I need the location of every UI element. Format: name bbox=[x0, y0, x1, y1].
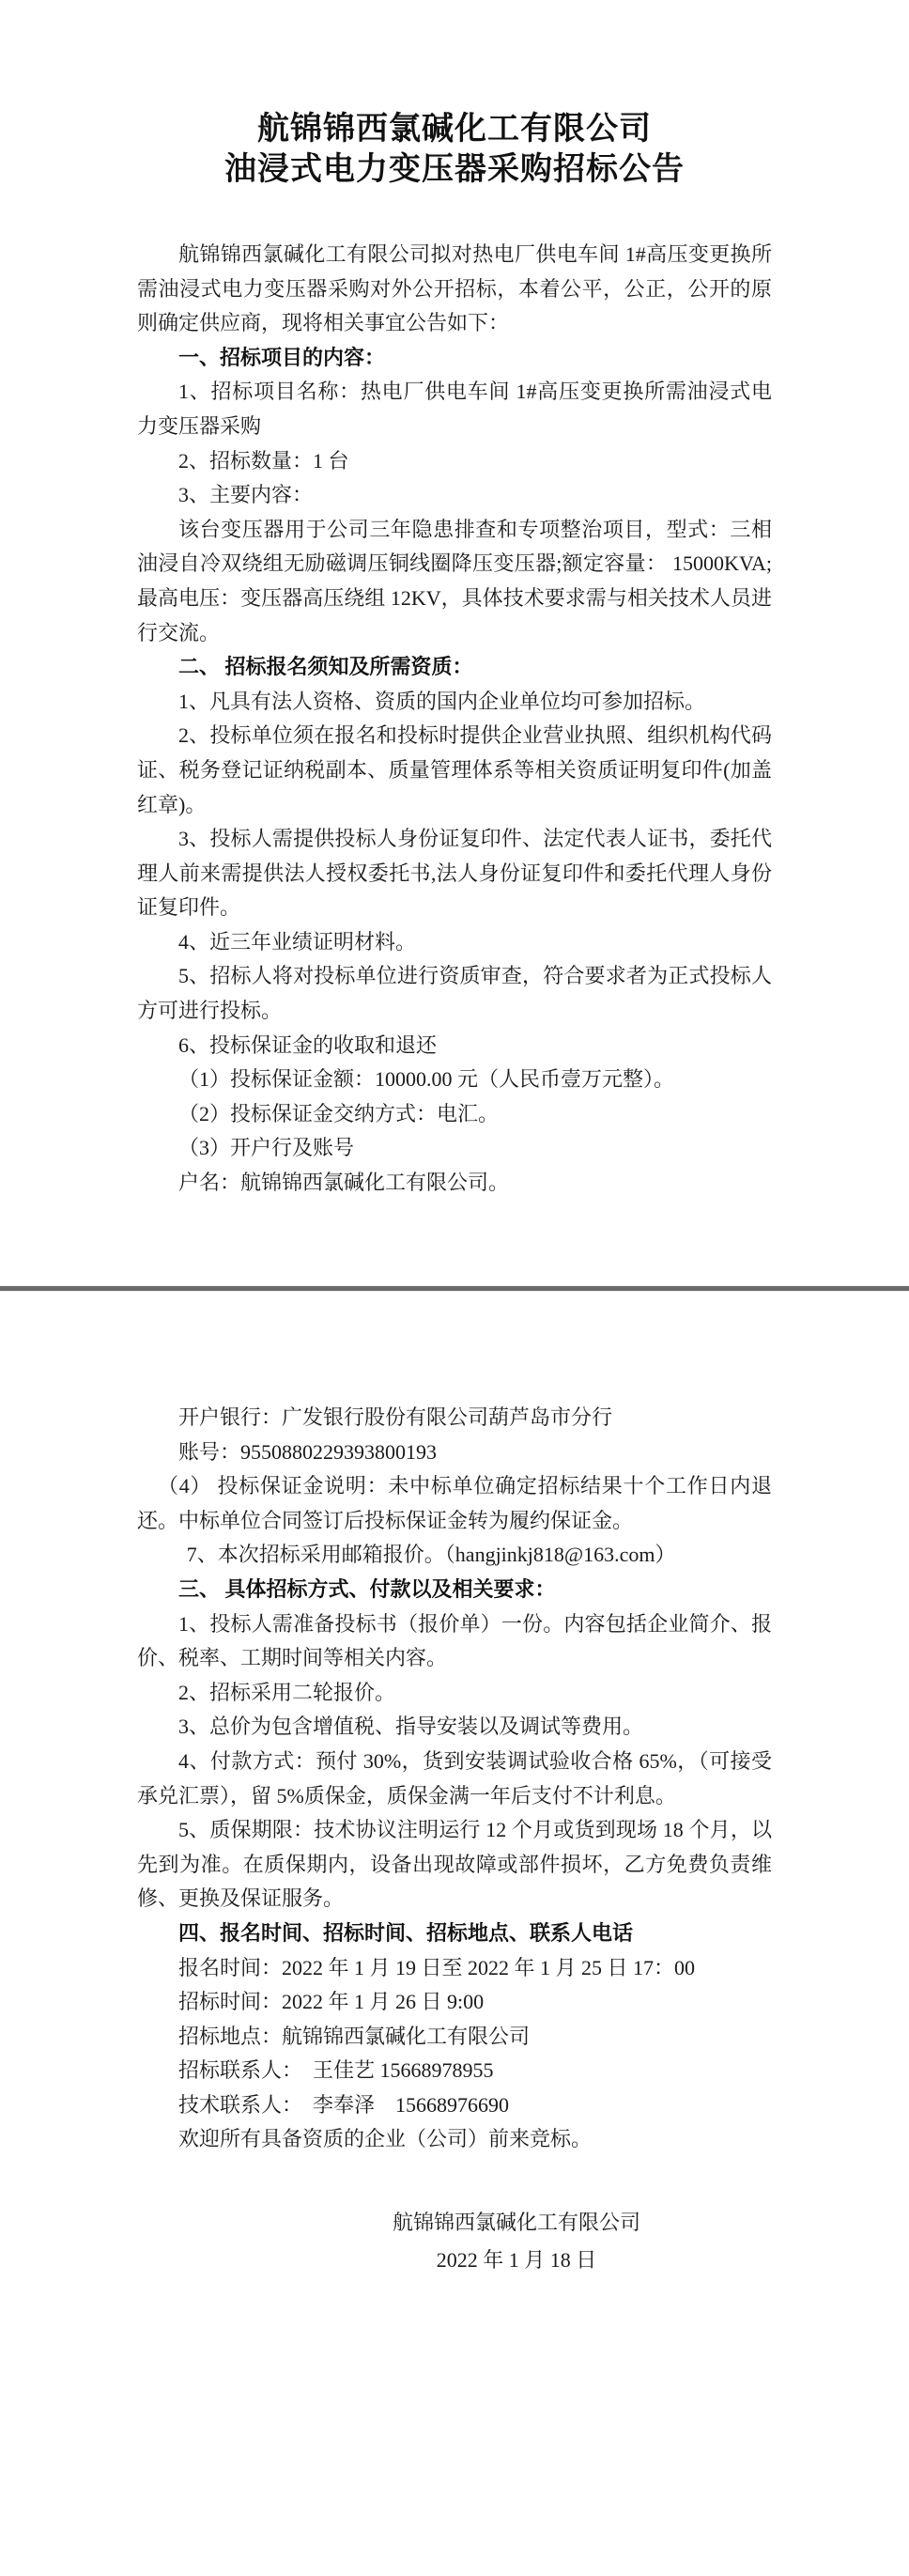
item-project-name: 1、招标项目名称：热电厂供电车间 1#高压变更换所需油浸式电力变压器采购 bbox=[137, 375, 772, 443]
item-eligibility: 1、凡具有法人资格、资质的国内企业单位均可参加招标。 bbox=[137, 685, 772, 720]
deposit-note-line: （4） 投标保证金说明：未中标单位确定招标结果十个工作日内退还。中标单位合同签订… bbox=[137, 1469, 772, 1538]
item-payment-terms: 4、付款方式：预付 30%，货到安装调试验收合格 65%，（可接受承兑汇票），留… bbox=[137, 1745, 772, 1813]
bidding-location-line: 招标地点：航锦锦西氯碱化工有限公司 bbox=[137, 2020, 772, 2055]
registration-time-line: 报名时间：2022 年 1 月 19 日至 2022 年 1 月 25 日 17… bbox=[137, 1951, 772, 1986]
item-performance-proof: 4、近三年业绩证明材料。 bbox=[137, 925, 772, 960]
deposit-bank-account-line: （3）开户行及账号 bbox=[137, 1131, 772, 1166]
document-title-line-2: 油浸式电力变压器采购招标公告 bbox=[137, 149, 772, 190]
section-4-heading: 四、报名时间、招标时间、招标地点、联系人电话 bbox=[137, 1916, 772, 1951]
signature-date: 2022 年 1 月 18 日 bbox=[261, 2242, 772, 2279]
email-quote-line: 7、本次招标采用邮箱报价。（hangjinkj818@163.com） bbox=[137, 1538, 772, 1573]
tech-contact-line: 技术联系人： 李奉泽 15668976690 bbox=[137, 2088, 772, 2123]
item-deposit-rules: 6、投标保证金的收取和退还 bbox=[137, 1029, 772, 1063]
signature-block: 航锦锦西氯碱化工有限公司 2022 年 1 月 18 日 bbox=[137, 2204, 772, 2279]
page-break-divider bbox=[0, 1285, 909, 1292]
document-page-1: 航锦锦西氯碱化工有限公司 油浸式电力变压器采购招标公告 航锦锦西氯碱化工有限公司… bbox=[0, 0, 909, 1285]
intro-paragraph: 航锦锦西氯碱化工有限公司拟对热电厂供电车间 1#高压变更换所需油浸式电力变压器采… bbox=[137, 238, 772, 341]
account-name-line: 户名：航锦锦西氯碱化工有限公司。 bbox=[137, 1166, 772, 1201]
item-warranty-terms: 5、质保期限：技术协议注明运行 12 个月或货到现场 18 个月，以先到为准。在… bbox=[137, 1813, 772, 1916]
item-quantity: 2、招标数量：1 台 bbox=[137, 444, 772, 479]
document-title-line-1: 航锦锦西氯碱化工有限公司 bbox=[137, 109, 772, 149]
section-2-heading: 二、 招标报名须知及所需资质： bbox=[137, 650, 772, 685]
bank-name-line: 开户银行：广发银行股份有限公司葫芦岛市分行 bbox=[137, 1401, 772, 1435]
item-two-round-quote: 2、招标采用二轮报价。 bbox=[137, 1676, 772, 1711]
item-bid-document: 1、投标人需准备投标书（报价单）一份。内容包括企业简介、报价、税率、工期时间等相… bbox=[137, 1607, 772, 1676]
bidding-time-line: 招标时间：2022 年 1 月 26 日 9:00 bbox=[137, 1985, 772, 2020]
item-id-documents: 3、投标人需提供投标人身份证复印件、法定代表人证书，委托代理人前来需提供法人授权… bbox=[137, 822, 772, 925]
deposit-amount-line: （1）投标保证金额：10000.00 元（人民币壹万元整）。 bbox=[137, 1063, 772, 1097]
section-1-heading: 一、招标项目的内容： bbox=[137, 341, 772, 376]
item-credentials: 2、投标单位须在报名和投标时提供企业营业执照、组织机构代码证、税务登记证纳税副本… bbox=[137, 719, 772, 822]
section-3-heading: 三、 具体招标方式、付款以及相关要求： bbox=[137, 1573, 772, 1607]
item-qualification-review: 5、招标人将对投标单位进行资质审查，符合要求者为正式投标人方可进行投标。 bbox=[137, 959, 772, 1028]
document-page-2: 开户银行：广发银行股份有限公司葫芦岛市分行 账号：955088022939380… bbox=[0, 1292, 909, 2576]
bid-contact-line: 招标联系人： 王佳艺 15668978955 bbox=[137, 2054, 772, 2088]
deposit-method-line: （2）投标保证金交纳方式：电汇。 bbox=[137, 1097, 772, 1132]
account-number-line: 账号：9550880229393800193 bbox=[137, 1435, 772, 1470]
signature-company: 航锦锦西氯碱化工有限公司 bbox=[261, 2204, 772, 2242]
item-main-content: 3、主要内容： bbox=[137, 478, 772, 513]
item-total-price: 3、总价为包含增值税、指导安装以及调试等费用。 bbox=[137, 1710, 772, 1745]
welcome-line: 欢迎所有具备资质的企业（公司）前来竞标。 bbox=[137, 2122, 772, 2157]
transformer-spec-paragraph: 该台变压器用于公司三年隐患排查和专项整治项目，型式：三相油浸自冷双绕组无励磁调压… bbox=[137, 513, 772, 650]
document-title-block: 航锦锦西氯碱化工有限公司 油浸式电力变压器采购招标公告 bbox=[137, 109, 772, 190]
